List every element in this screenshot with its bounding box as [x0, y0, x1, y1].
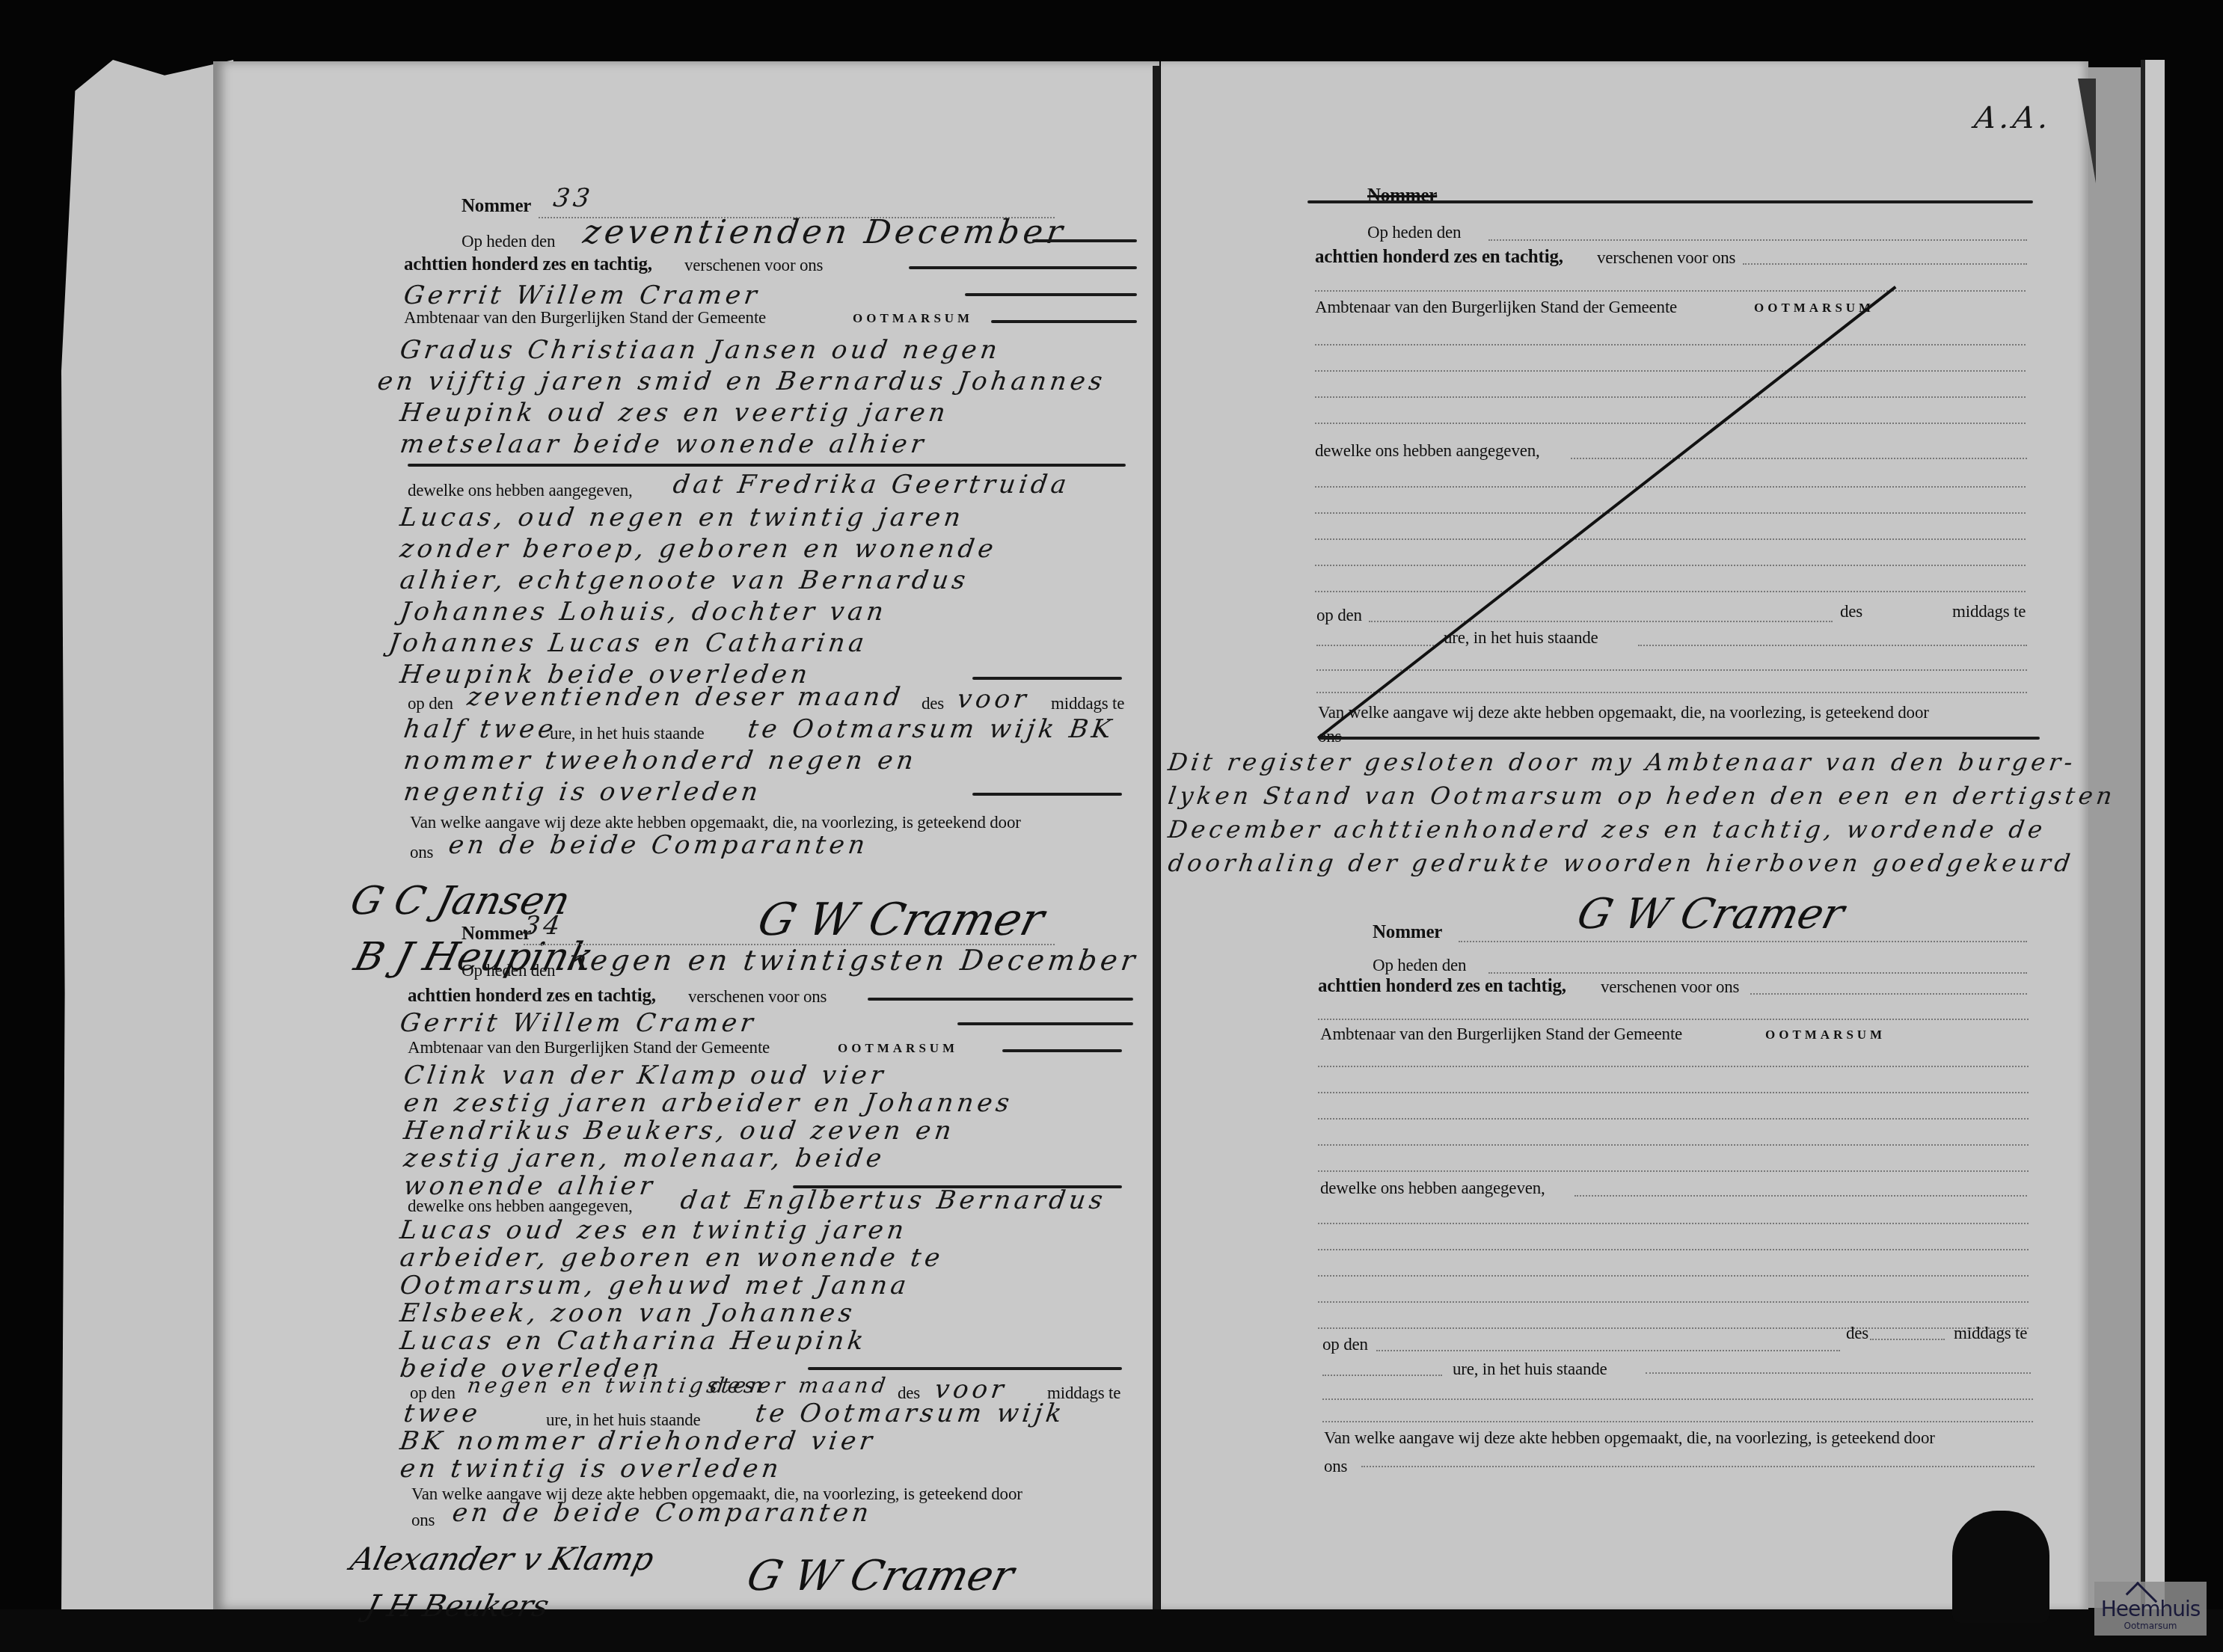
year-rest: verschenen voor ons	[684, 256, 823, 275]
gemeente: OOTMARSUM	[838, 1041, 958, 1056]
ons-label: ons	[1324, 1457, 1347, 1476]
place-line: te Ootmarsum wijk	[753, 1398, 1067, 1428]
closing-note-line: lyken Stand van Ootmarsum op heden den e…	[1166, 782, 2118, 810]
witness-line: Hendrikus Beukers, oud zeven en	[402, 1116, 957, 1146]
witness-line: en vijftig jaren smid en Bernardus Johan…	[375, 366, 1108, 396]
record-date: negen en twintigsten December	[566, 944, 1141, 977]
closing-note-line: Dit register gesloten door my Ambtenaar …	[1166, 748, 2078, 776]
signature-beukers: J H Beukers	[362, 1589, 552, 1624]
gemeente: OOTMARSUM	[1765, 1028, 1886, 1043]
op-den-label: op den	[408, 694, 453, 713]
declaration-line: Lucas oud zes en twintig jaren	[398, 1215, 909, 1245]
daypart: voor	[955, 684, 1031, 714]
signature-cramer: G W Cramer	[742, 1552, 1019, 1600]
corner-mark: A.A.	[1972, 101, 2055, 135]
declaration-line: Johannes Lohuis, dochter van	[398, 597, 889, 627]
van-welke-label: Van welke aangave wij deze akte hebben o…	[1318, 703, 1929, 722]
declaration-line: zonder beroep, geboren en wonende	[398, 534, 999, 564]
place-line: negentig is overleden	[402, 777, 763, 807]
des-label: des	[922, 694, 944, 713]
ure-label: ure, in het huis staande	[1453, 1360, 1607, 1379]
op-heden-label: Op heden den	[462, 961, 555, 980]
watermark-logo: Heemhuis Ootmarsum	[2094, 1582, 2207, 1636]
page-edge	[2088, 67, 2141, 1608]
op-heden-label: Op heden den	[1373, 956, 1466, 975]
death-day: zeventienden	[465, 682, 686, 712]
official-name: Gerrit Willem Cramer	[398, 1008, 758, 1038]
record-number: 34	[521, 911, 565, 941]
ons-label: ons	[410, 843, 433, 862]
ambtenaar-label: Ambtenaar van den Burgerlijken Stand der…	[408, 1038, 770, 1057]
year-rest: verschenen voor ons	[688, 987, 827, 1007]
place-line: te Ootmarsum wijk BK	[746, 714, 1117, 744]
declaration-line: dat Englbertus Bernardus	[678, 1185, 1108, 1215]
dewelke-label: dewelke ons hebben aangegeven,	[408, 1197, 633, 1216]
signature-cramer: G W Cramer	[752, 894, 1049, 946]
declaration-line: Johannes Lucas en Catharina	[387, 628, 869, 658]
witness-line: en zestig jaren arbeider en Johannes	[402, 1088, 1015, 1118]
witness-line: Heupink oud zes en veertig jaren	[398, 398, 951, 428]
ambtenaar-label: Ambtenaar van den Burgerlijken Stand der…	[1320, 1025, 1682, 1044]
book-gutter	[1153, 66, 1160, 1614]
nommer-label: Nommer	[1373, 922, 1442, 943]
witness-line: Gradus Christiaan Jansen oud negen	[398, 335, 1002, 365]
van-welke-label: Van welke aangave wij deze akte hebben o…	[1324, 1428, 1935, 1448]
nommer-label: Nommer	[462, 196, 531, 217]
middags-label: middags te	[1954, 1324, 2027, 1343]
declaration-line: Lucas, oud negen en twintig jaren	[398, 503, 966, 532]
place-line: BK nommer driehonderd vier	[398, 1426, 877, 1456]
ure-label: ure, in het huis staande	[550, 724, 705, 743]
ambtenaar-label: Ambtenaar van den Burgerlijken Stand der…	[404, 308, 766, 328]
witness-line: zestig jaren, molenaar, beide	[402, 1143, 887, 1173]
signed-by: en de beide Comparanten	[447, 830, 870, 860]
witness-line: metselaar beide wonende alhier	[398, 429, 929, 459]
middags-label: middags te	[1051, 694, 1124, 713]
death-month: deser maand	[693, 682, 906, 712]
dewelke-label: dewelke ons hebben aangegeven,	[408, 481, 633, 500]
watermark-sub: Ootmarsum	[2094, 1621, 2207, 1631]
year-rest: verschenen voor ons	[1597, 248, 1735, 268]
place-line: en twintig is overleden	[398, 1454, 784, 1484]
declaration-line: dat Fredrika Geertruida	[671, 470, 1072, 500]
year-bold: achttien honderd zes en tachtig,	[1315, 247, 1563, 268]
record-date: zeventienden December	[580, 213, 1068, 251]
closing-signature: G W Cramer	[1572, 890, 1849, 939]
year-bold: achttien honderd zes en tachtig,	[1318, 976, 1566, 997]
death-hour: half twee	[402, 714, 559, 744]
op-heden-label: Op heden den	[1367, 223, 1461, 242]
flyleaf	[61, 60, 233, 1615]
death-month: deser maand	[709, 1373, 891, 1398]
ure-label: ure, in het huis staande	[1444, 628, 1598, 648]
nommer-label: Nommer	[462, 924, 531, 945]
gemeente: OOTMARSUM	[1754, 301, 1874, 316]
thumb-shadow	[1952, 1511, 2049, 1623]
des-label: des	[1840, 602, 1862, 621]
table-edge	[0, 1609, 2223, 1652]
declaration-line: Elsbeek, zoon van Johannes	[398, 1298, 857, 1328]
des-label: des	[1846, 1324, 1868, 1343]
gemeente: OOTMARSUM	[853, 311, 973, 326]
closing-note-line: December achttienhonderd zes en tachtig,…	[1166, 815, 2047, 844]
signature-klamp: Alexander v Klamp	[347, 1541, 657, 1577]
closing-note-line: doorhaling der gedrukte woorden hierbove…	[1166, 849, 2075, 877]
declaration-line: Lucas en Catharina Heupink	[398, 1326, 869, 1356]
middags-label: middags te	[1952, 602, 2026, 621]
declaration-line: Ootmarsum, gehuwd met Janna	[398, 1271, 912, 1301]
ons-label: ons	[411, 1511, 435, 1530]
year-bold: achttien honderd zes en tachtig,	[408, 986, 656, 1007]
ambtenaar-label: Ambtenaar van den Burgerlijken Stand der…	[1315, 298, 1677, 317]
op-heden-label: Op heden den	[462, 232, 555, 251]
year-rest: verschenen voor ons	[1601, 977, 1739, 997]
witness-line: Clink van der Klamp oud vier	[402, 1060, 889, 1090]
death-hour: twee	[402, 1398, 483, 1428]
op-den-label: op den	[1316, 606, 1362, 625]
record-number: 33	[551, 183, 595, 213]
declaration-line: arbeider, geboren en wonende te	[398, 1243, 945, 1273]
year-bold: achttien honderd zes en tachtig,	[404, 254, 652, 275]
place-line: nommer tweehonderd negen en	[402, 746, 919, 776]
op-den-label: op den	[1322, 1335, 1368, 1354]
dewelke-label: dewelke ons hebben aangegeven,	[1315, 441, 1540, 461]
dewelke-label: dewelke ons hebben aangegeven,	[1320, 1179, 1545, 1198]
cover-edge	[2141, 60, 2165, 1615]
signed-by: en de beide Comparanten	[450, 1498, 874, 1528]
official-name: Gerrit Willem Cramer	[402, 280, 762, 310]
declaration-line: alhier, echtgenoote van Bernardus	[398, 565, 971, 595]
